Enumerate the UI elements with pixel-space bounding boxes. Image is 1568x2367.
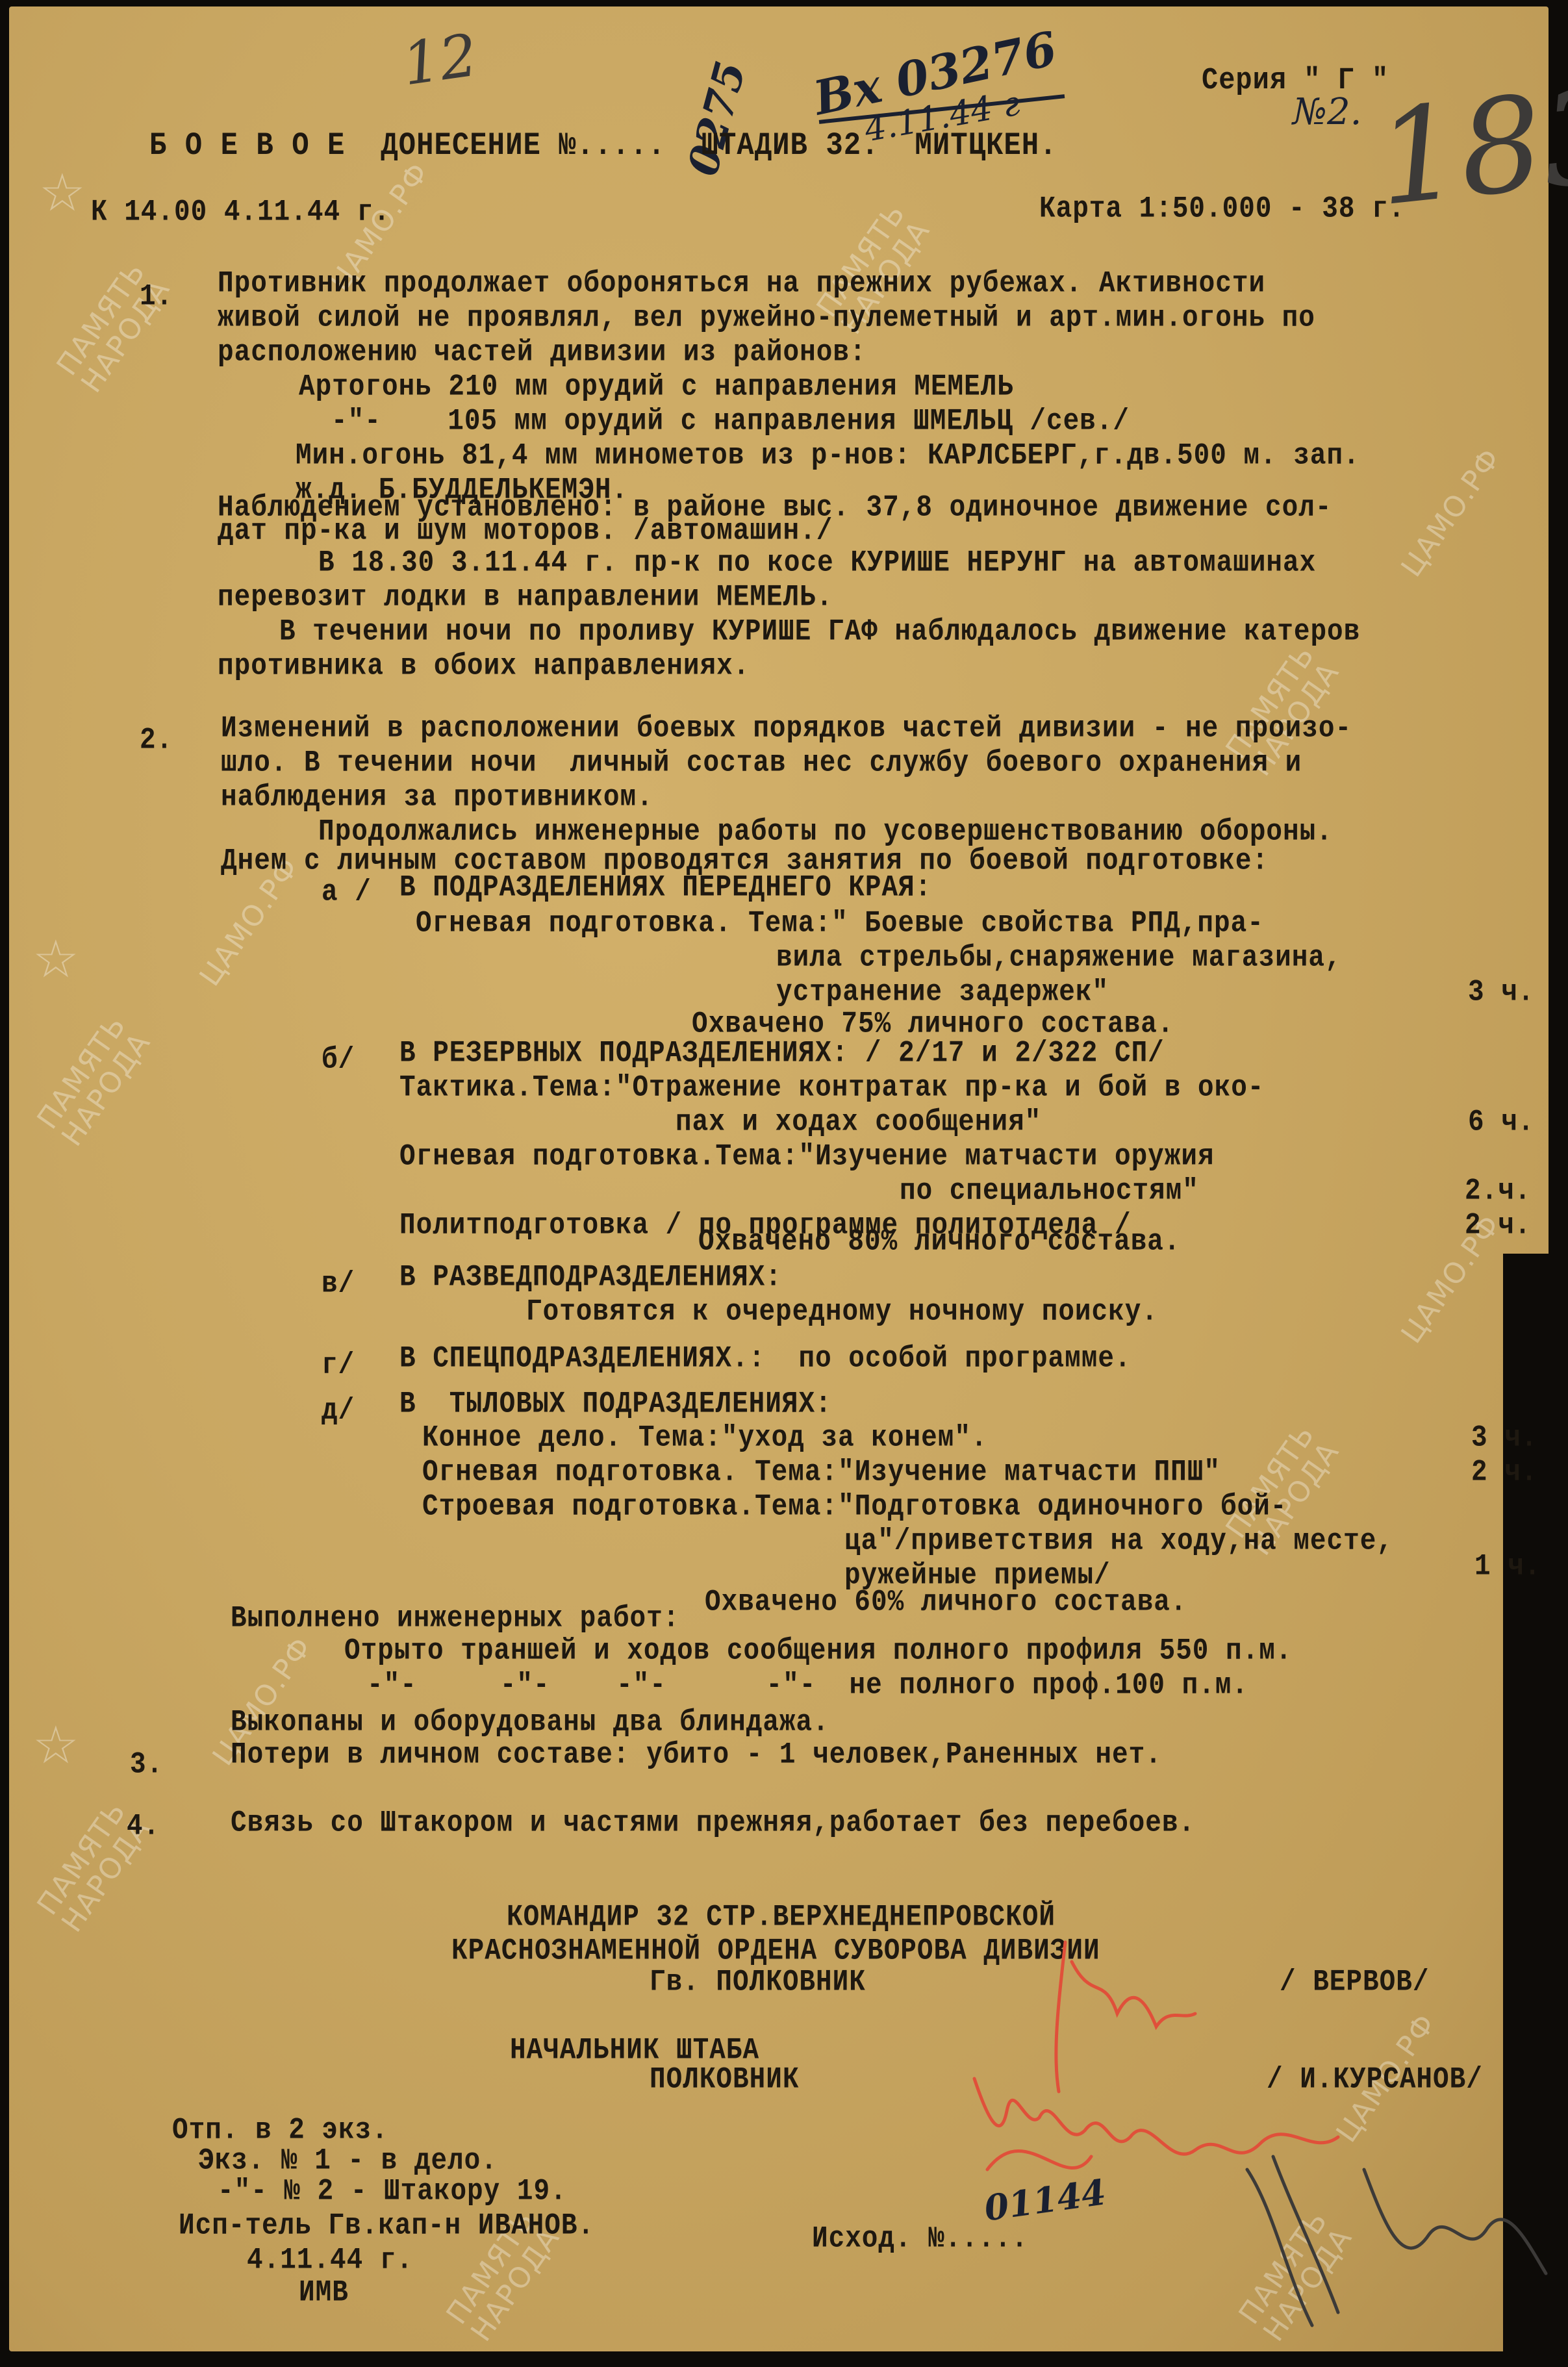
subsection-title: В СПЕЦПОДРАЗДЕЛЕНИЯХ.: по особой програм… [399,1345,1132,1374]
executor-date: 4.11.44 г. [247,2246,413,2276]
text-line: противника в обоих направлениях. [218,652,750,682]
copies-note: Отп. в 2 экз. [172,2116,388,2146]
section-number: 3. [130,1751,163,1780]
text-line: Противник продолжает обороняться на преж… [218,270,1265,299]
training-item: пах и ходах сообщения" [676,1108,1041,1138]
training-item: по специальностям" [900,1177,1199,1207]
text-line: Изменений в расположении боевых порядков… [221,715,1352,744]
training-hours: 3 ч. [1468,978,1534,1008]
engineering-line: -"- -"- -"- -"- не полного проф.100 п.м. [367,1671,1248,1701]
coverage-note: Охвачено 60% личного состава. [705,1588,1187,1618]
subsection-title: В ТЫЛОВЫХ ПОДРАЗДЕЛЕНИЯХ: [399,1390,832,1420]
subsection-letter: а / [322,878,372,908]
training-item: Конное дело. Тема:"уход за конем". [422,1424,988,1454]
text-line: живой силой не проявлял, вел ружейно-пул… [218,304,1315,334]
chief-of-staff-rank: ПОЛКОВНИК [650,2066,799,2095]
watermark-star-icon: ☆ [39,162,86,223]
handwritten-page-number: 12 [398,21,481,99]
document-title: Б О Е В О Е ДОНЕСЕНИЕ №..... ШТАДИВ 32. … [149,130,1057,162]
training-hours: 1 ч. [1474,1552,1541,1582]
training-hours: 2 ч. [1471,1458,1537,1488]
training-hours: 2.ч. [1465,1177,1531,1207]
subsection-letter: д/ [322,1397,355,1426]
training-item: Строевая подготовка.Тема:"Подготовка оди… [422,1493,1287,1523]
chief-of-staff-title: НАЧАЛЬНИК ШТАБА [510,2036,759,2066]
losses-text: Потери в личном составе: убито - 1 челов… [231,1741,1162,1771]
executor: Исп-тель Гв.кап-н ИВАНОВ. [179,2212,594,2242]
subsection-letter: б/ [322,1046,355,1076]
training-item: Огневая подготовка.Тема:"Изучение матчас… [399,1143,1215,1172]
text-line: расположению частей дивизии из районов: [218,338,866,368]
text-line: дат пр-ка и шум моторов. /автомашин./ [218,517,833,547]
training-hours: 2 ч. [1465,1211,1531,1241]
text-line: Артогонь 210 мм орудий с направления МЕМ… [299,373,1014,403]
text-line: наблюдения за противником. [221,783,653,813]
training-item: Готовятся к очередному ночному поиску. [526,1298,1158,1328]
training-item: Тактика.Тема:"Отражение контратак пр-ка … [399,1074,1264,1104]
text-line: В 18.30 3.11.44 г. пр-к по косе КУРИШЕ Н… [318,549,1316,579]
commander-rank: Гв. ПОЛКОВНИК [650,1968,866,1998]
training-hours: 6 ч. [1468,1108,1534,1138]
subsection-letter: г/ [322,1351,355,1381]
text-line: В течении ночи по проливу КУРИШЕ ГАФ наб… [279,618,1360,648]
text-line: Мин.огонь 81,4 мм минометов из р-нов: КА… [296,442,1360,472]
training-item: Огневая подготовка. Тема:" Боевые свойст… [416,909,1264,939]
watermark-star-icon: ☆ [32,1715,79,1775]
training-item: вила стрельбы,снаряжение магазина, [776,944,1342,974]
watermark-star-icon: ☆ [32,929,79,989]
text-line: Продолжались инженерные работы по усовер… [318,818,1333,848]
map-reference: Карта 1:50.000 - 38 г. [1039,195,1405,225]
subsection-title: В РАЗВЕДПОДРАЗДЕЛЕНИЯХ: [399,1263,782,1293]
executor-initials: ИМВ [299,2279,349,2309]
subsection-title: В РЕЗЕРВНЫХ ПОДРАЗДЕЛЕНИЯХ: / 2/17 и 2/3… [399,1039,1165,1069]
copy-distribution: Экз. № 1 - в дело. [198,2147,498,2177]
outgoing-number-label: Исход. №..... [812,2225,1028,2255]
subsection-title: В ПОДРАЗДЕЛЕНИЯХ ПЕРЕДНЕГО КРАЯ: [399,874,931,904]
coverage-note: Охвачено 80% личного состава. [698,1228,1181,1258]
text-line: -"- 105 мм орудий с направления ШМЕЛЬЦ /… [331,407,1130,437]
engineering-title: Выполнено инженерных работ: [231,1604,679,1634]
training-hours: 3 ч. [1471,1424,1537,1454]
section-number: 1. [140,283,173,312]
copy-distribution: -"- № 2 - Штакору 19. [218,2177,567,2207]
training-item: Огневая подготовка. Тема:"Изучение матча… [422,1458,1220,1488]
series-label: Серия " Г " [1202,65,1389,95]
engineering-line: Выкопаны и оборудованы два блиндажа. [231,1708,829,1738]
report-time: К 14.00 4.11.44 г. [91,198,390,228]
text-line: перевозит лодки в направлении МЕМЕЛЬ. [218,583,833,613]
training-item: ца"/приветствия на ходу,на месте, [844,1527,1393,1557]
communications-text: Связь со Штакором и частями прежняя,рабо… [231,1809,1195,1839]
section-number: 2. [140,726,173,756]
training-item: устранение задержек" [776,978,1109,1008]
text-line: шло. В течении ночи личный состав нес сл… [221,749,1302,779]
subsection-letter: в/ [322,1270,355,1300]
signature-pencil [1234,2131,1559,2338]
coverage-note: Охвачено 75% личного состава. [692,1010,1174,1040]
engineering-line: Отрыто траншей и ходов сообщения полного… [344,1637,1292,1667]
section-number: 4. [127,1812,160,1842]
